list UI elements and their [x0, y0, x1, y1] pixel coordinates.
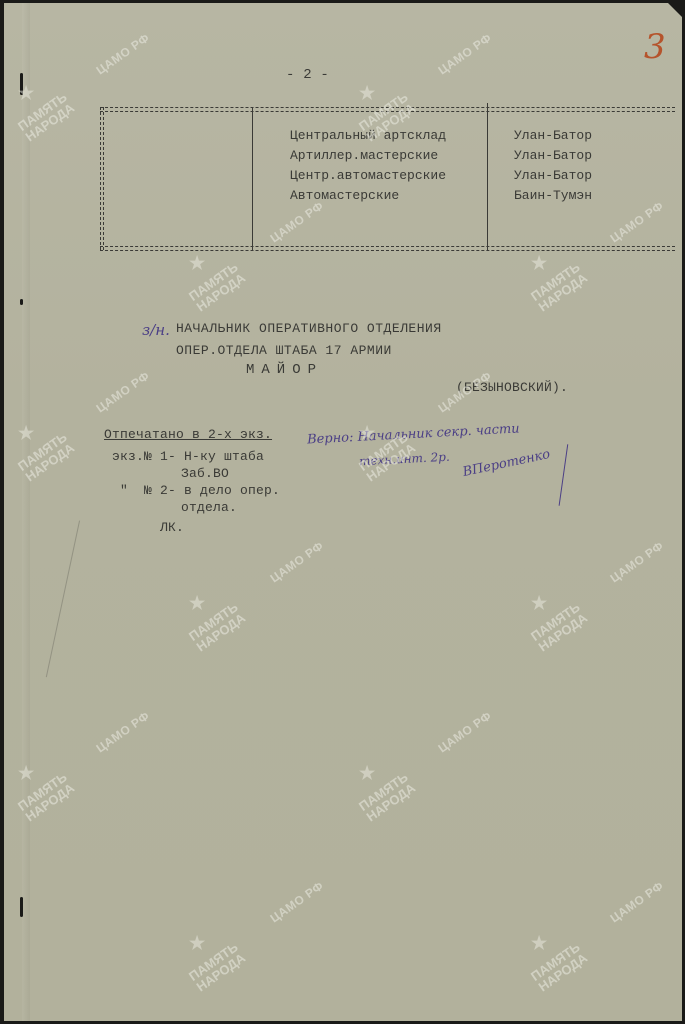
watermark-archive: ЦАМО РФ: [436, 31, 495, 78]
star-icon: ★: [531, 933, 587, 954]
table-cell-facility: Автомастерские: [290, 188, 399, 203]
binder-hole-mark: [20, 73, 23, 95]
distribution-copy2: " № 2- в дело опер.: [120, 483, 280, 498]
handwritten-signature: ВПеротенко: [461, 447, 551, 480]
watermark-archive: ЦАМО РФ: [608, 539, 667, 586]
certification-line1: Верно: Начальник секр. части: [307, 421, 520, 447]
star-icon: ★: [189, 933, 245, 954]
watermark-project: ★ ПАМЯТЬНАРОДА: [359, 763, 415, 810]
binder-hole-mark: [20, 897, 23, 917]
folio-number: 3: [644, 27, 666, 67]
star-icon: ★: [18, 763, 74, 784]
table-cell-facility: Центральный артсклад: [290, 128, 446, 143]
signatory-name: (БЕЗЫНОВСКИЙ).: [456, 380, 568, 395]
page-number: - 2 -: [286, 67, 329, 83]
signatory-title-line2: ОПЕР.ОТДЕЛА ШТАБА 17 АРМИИ: [176, 343, 392, 358]
watermark-project: ★ ПАМЯТЬНАРОДА: [531, 933, 587, 980]
table-cell-facility: Артиллер.мастерские: [290, 148, 438, 163]
watermark-archive: ЦАМО РФ: [268, 539, 327, 586]
table-cell-location: Улан-Батор: [514, 168, 592, 183]
watermark-project: ★ ПАМЯТЬНАРОДА: [189, 933, 245, 980]
table-cell-location: Улан-Батор: [514, 148, 592, 163]
signatory-title-line1: НАЧАЛЬНИК ОПЕРАТИВНОГО ОТДЕЛЕНИЯ: [176, 321, 442, 336]
table-border-left-inner: [103, 107, 104, 250]
copy2-recipient-line2: отдела.: [181, 500, 237, 515]
table-column-divider: [252, 107, 253, 250]
watermark-archive: ЦАМО РФ: [608, 879, 667, 926]
watermark-archive: ЦАМО РФ: [94, 369, 153, 416]
table-border-left: [100, 107, 101, 250]
watermark-archive: ЦАМО РФ: [94, 31, 153, 78]
paper-crease: [46, 520, 119, 685]
table-border-bottom: [100, 246, 675, 251]
watermark-project: ★ ПАМЯТЬНАРОДА: [18, 763, 74, 810]
star-icon: ★: [189, 253, 245, 274]
distribution-copy1: экз.№ 1- Н-ку штаба: [112, 449, 264, 464]
star-icon: ★: [531, 593, 587, 614]
copy1-recipient: Н-ку штаба: [184, 449, 264, 464]
star-icon: ★: [531, 253, 587, 274]
watermark-project: ★ ПАМЯТЬНАРОДА: [531, 253, 587, 300]
copy1-prefix: экз.№ 1-: [112, 449, 176, 464]
star-icon: ★: [359, 83, 415, 104]
table-cell-location: Баин-Тумэн: [514, 188, 592, 203]
copy1-recipient-line2: Заб.ВО: [181, 466, 229, 481]
torn-corner: [668, 3, 682, 17]
star-icon: ★: [18, 83, 74, 104]
watermark-archive: ЦАМО РФ: [436, 709, 495, 756]
star-icon: ★: [359, 763, 415, 784]
signatory-rank: МАЙОР: [246, 362, 323, 378]
watermark-project: ★ ПАМЯТЬНАРОДА: [189, 593, 245, 640]
copy2-prefix: " № 2-: [120, 483, 176, 498]
facilities-table: Центральный артсклад Улан-Батор Артиллер…: [100, 103, 675, 253]
handwritten-prefix: з/н.: [142, 321, 170, 339]
watermark-archive: ЦАМО РФ: [94, 709, 153, 756]
table-border-top: [100, 107, 675, 112]
binder-hole-mark: [20, 299, 23, 305]
watermark-project: ★ ПАМЯТЬНАРОДА: [189, 253, 245, 300]
watermark-project: ★ ПАМЯТЬНАРОДА: [18, 423, 74, 470]
watermark-project: ★ ПАМЯТЬНАРОДА: [531, 593, 587, 640]
copy2-recipient: в дело опер.: [184, 483, 280, 498]
star-icon: ★: [18, 423, 74, 444]
typist-initials: ЛК.: [160, 520, 184, 535]
table-column-divider: [487, 103, 488, 250]
certification-line2: техн.инт. 2р.: [359, 450, 450, 469]
star-icon: ★: [189, 593, 245, 614]
table-cell-facility: Центр.автомастерские: [290, 168, 446, 183]
watermark-archive: ЦАМО РФ: [268, 879, 327, 926]
document-page: - 2 - 3 Центральный артсклад Улан-Батор …: [4, 3, 682, 1021]
distribution-heading: Отпечатано в 2-х экз.: [104, 427, 272, 442]
watermark-project: ★ ПАМЯТЬНАРОДА: [18, 83, 74, 130]
table-cell-location: Улан-Батор: [514, 128, 592, 143]
